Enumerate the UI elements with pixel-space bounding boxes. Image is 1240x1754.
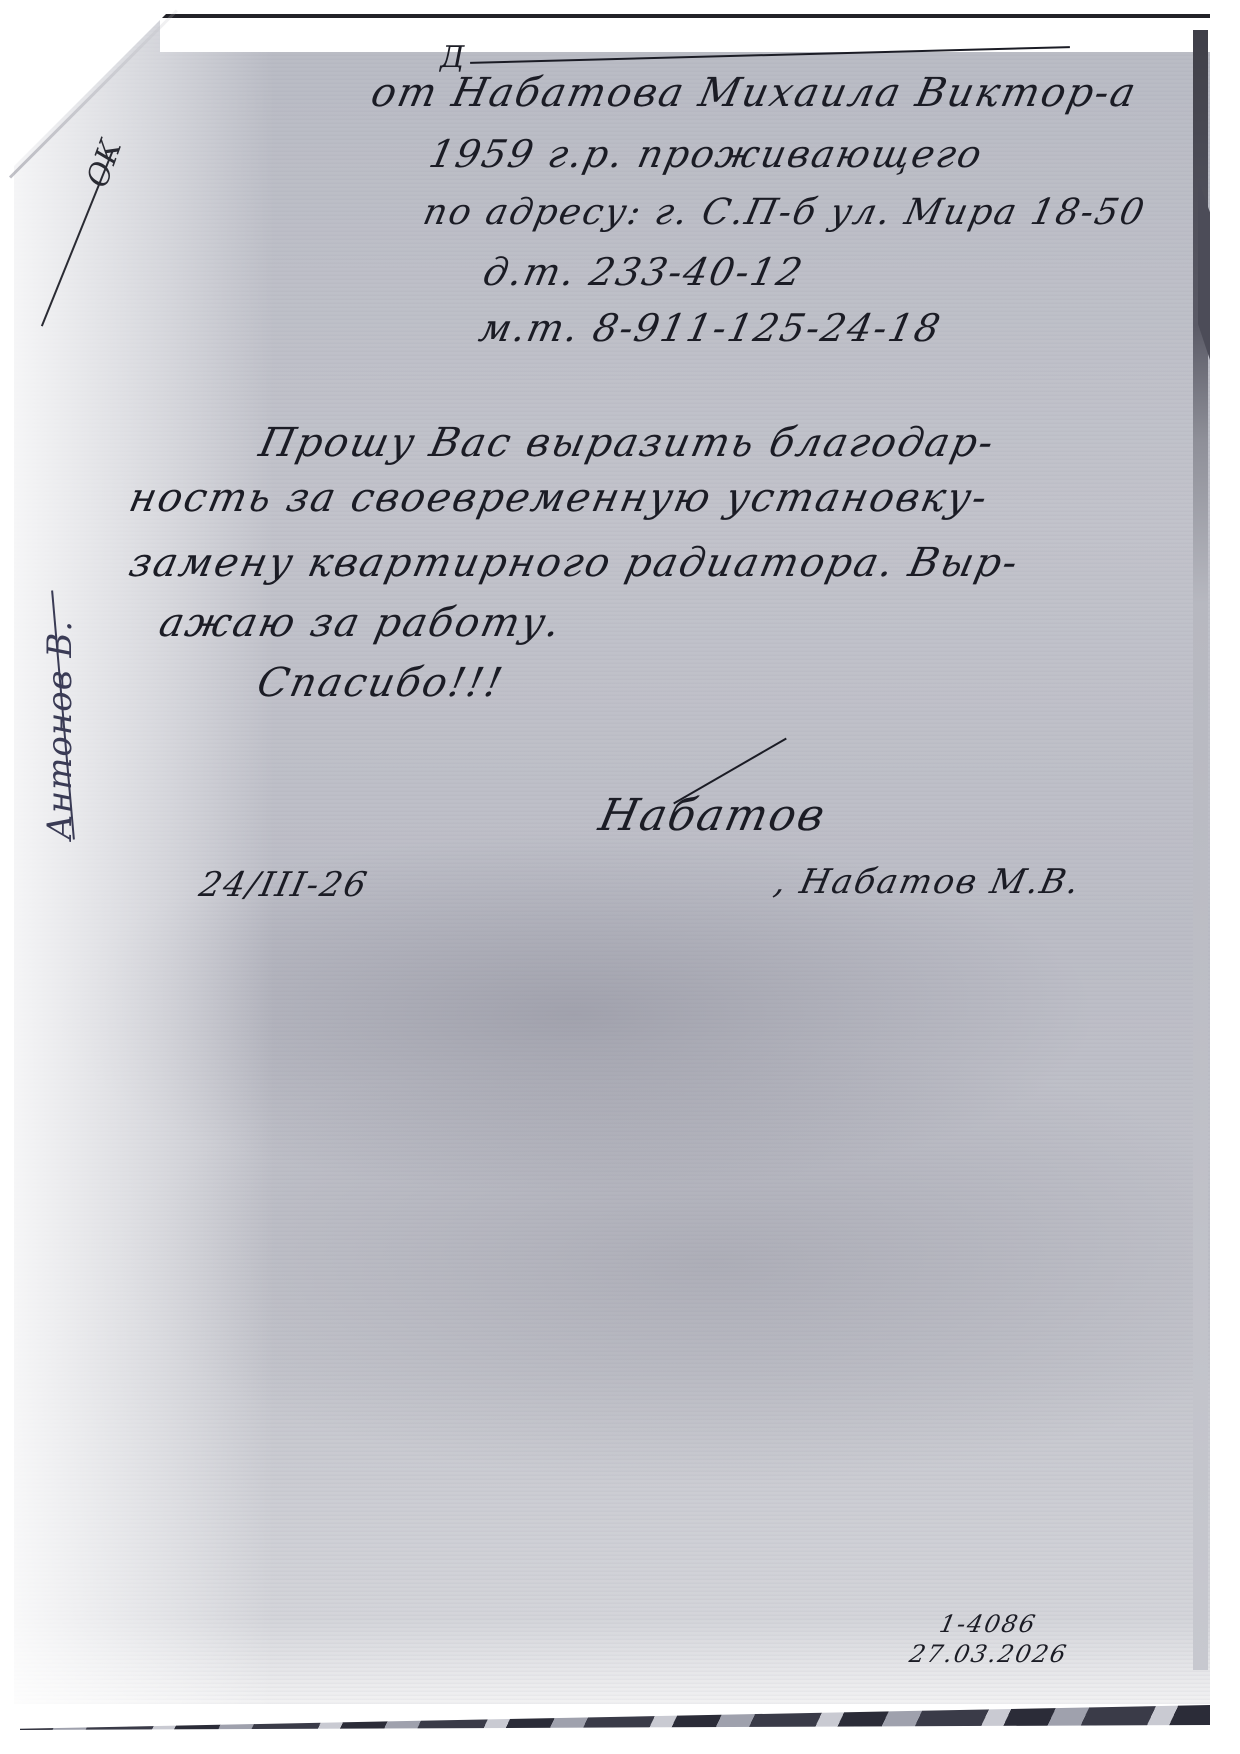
- top-addressee-mark: Д: [440, 40, 1100, 70]
- header-line-address: по адресу: г. С.П-б ул. Мира 18-50: [420, 192, 1150, 233]
- header-line-mobile-phone: м.т. 8-911-125-24-18: [475, 306, 945, 350]
- signature-printed-name: , Набатов М.В.: [771, 862, 1085, 902]
- body-line-4: ажаю за работу.: [155, 600, 566, 646]
- header-line-home-phone: д.т. 233-40-12: [479, 250, 808, 294]
- signature-scrawl: Набатов: [595, 790, 831, 841]
- margin-note-name: Антонов В.: [40, 620, 80, 840]
- registry-number: 1-4086: [937, 1610, 1039, 1638]
- top-mark-line: [470, 46, 1070, 64]
- scanned-page: Д от Набатова Михаила Виктор-а 1959 г.р.…: [0, 0, 1240, 1754]
- body-line-3: замену квартирного радиатора. Выр-: [125, 540, 1023, 586]
- header-line-birth-year: 1959 г.р. проживающего: [425, 132, 987, 176]
- letter-date: 24/III-26: [196, 865, 372, 905]
- body-line-thanks: Спасибо!!!: [253, 660, 508, 706]
- body-line-1: Прошу Вас выразить благодар-: [255, 420, 999, 466]
- header-line-sender: от Набатова Михаила Виктор-а: [367, 70, 1141, 116]
- bottom-scanner-edge: [20, 1705, 1210, 1730]
- body-line-2: ность за своевременную установку-: [125, 475, 993, 521]
- registry-date: 27.03.2026: [907, 1640, 1070, 1668]
